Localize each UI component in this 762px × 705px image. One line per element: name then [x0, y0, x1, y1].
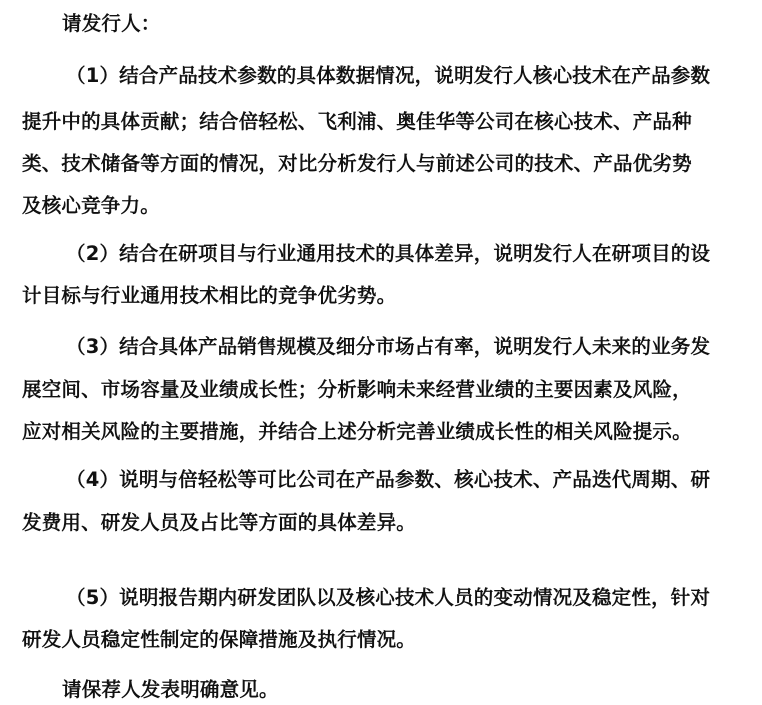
item-3-number: （3）: [66, 335, 119, 358]
item-1-number: （1）: [66, 64, 119, 87]
item-2-line-1: （2）结合在研项目与行业通用技术的具体差异，说明发行人在研项目的设: [66, 242, 710, 266]
item-5-line-2: 研发人员稳定性制定的保障措施及执行情况。: [22, 628, 416, 652]
item-4-number: （4）: [66, 468, 119, 491]
item-3-line-2: 展空间、市场容量及业绩成长性；分析影响未来经营业绩的主要因素及风险，: [22, 378, 692, 402]
item-3-line-1: （3）结合具体产品销售规模及细分市场占有率，说明发行人未来的业务发: [66, 335, 710, 359]
item-1-line-1: （1）结合产品技术参数的具体数据情况，说明发行人核心技术在产品参数: [66, 64, 710, 88]
item-2-number: （2）: [66, 242, 119, 265]
document-page: 请发行人： （1）结合产品技术参数的具体数据情况，说明发行人核心技术在产品参数 …: [0, 0, 762, 705]
intro-line: 请发行人：: [62, 12, 161, 36]
item-5-number: （5）: [66, 586, 119, 609]
item-1-line-3: 类、技术储备等方面的情况，对比分析发行人与前述公司的技术、产品优劣势: [22, 152, 692, 176]
item-1-line-2: 提升中的具体贡献；结合倍轻松、飞利浦、奥佳华等公司在核心技术、产品种: [22, 110, 692, 134]
item-5-line-1: （5）说明报告期内研发团队以及核心技术人员的变动情况及稳定性，针对: [66, 586, 710, 610]
item-3-line-3: 应对相关风险的主要措施，并结合上述分析完善业绩成长性的相关风险提示。: [22, 420, 692, 444]
item-4-line-1: （4）说明与倍轻松等可比公司在产品参数、核心技术、产品迭代周期、研: [66, 468, 710, 492]
item-2-line-2: 计目标与行业通用技术相比的竞争优劣势。: [22, 284, 396, 308]
item-4-line-2: 发费用、研发人员及占比等方面的具体差异。: [22, 511, 416, 535]
closing-line: 请保荐人发表明确意见。: [62, 678, 279, 702]
item-1-line-4: 及核心竞争力。: [22, 194, 160, 218]
